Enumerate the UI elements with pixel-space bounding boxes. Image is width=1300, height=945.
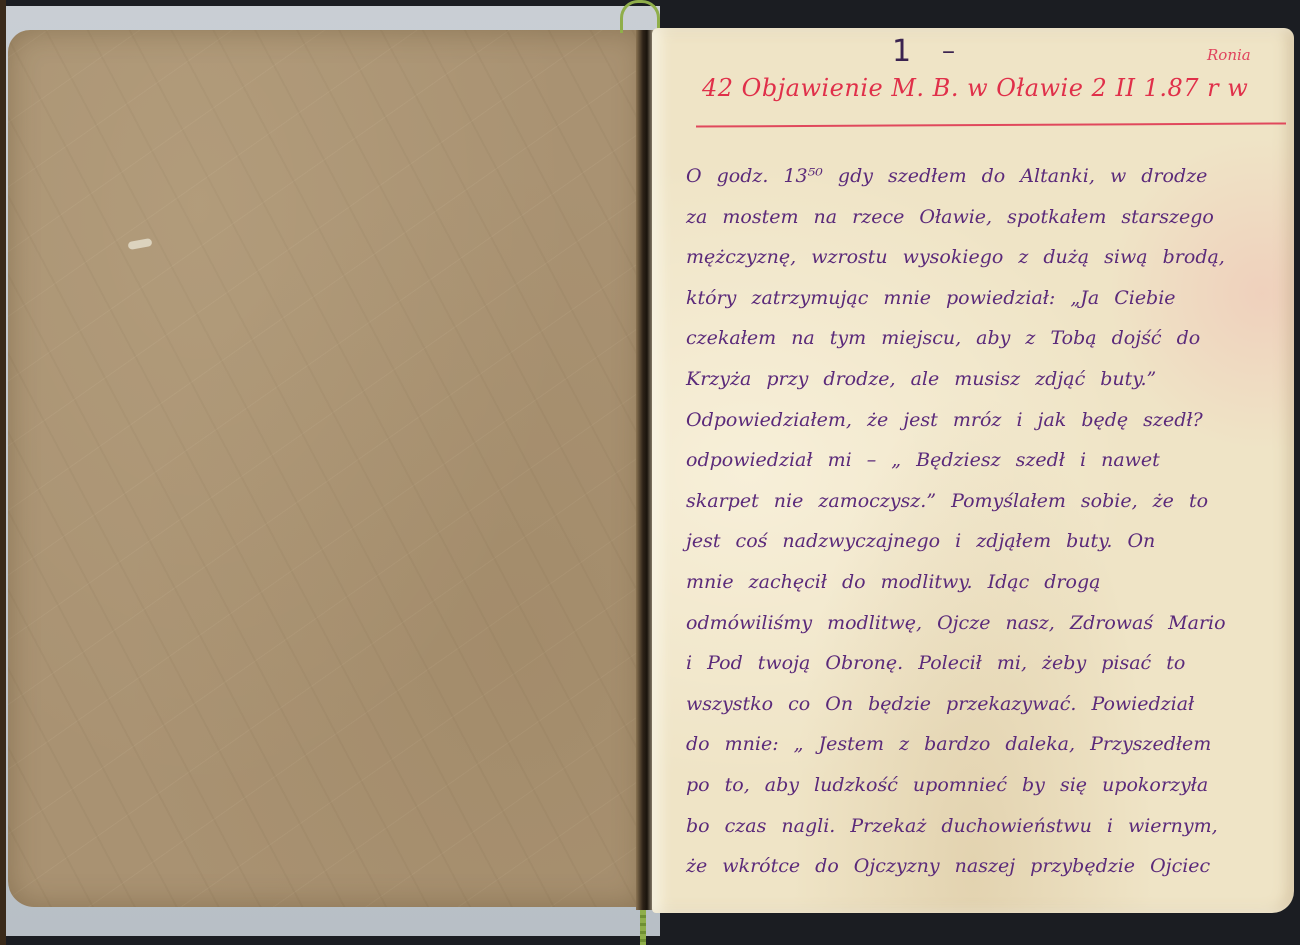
text-line: odpowiedział mi – „ Będziesz szedł i naw… [686,440,1286,481]
text-line: że wkrótce do Ojczyzny naszej przybędzie… [686,846,1286,887]
text-line: mężczyznę, wzrostu wysokiego z dużą siwą… [686,237,1286,278]
text-line: Krzyża przy drodze, ale musisz zdjąć but… [686,359,1286,400]
corner-note: Ronia [1207,46,1251,64]
text-line: po to, aby ludzkość upomnieć by się upok… [686,765,1286,806]
page-number-dash: – [942,36,955,66]
notebook-cover-left [8,30,644,907]
cover-paper-fleck [127,238,152,250]
text-line: mnie zachęcił do modlitwy. Idąc drogą [686,562,1286,603]
handwritten-text-body: O godz. 13⁵⁰ gdy szedłem do Altanki, w d… [686,156,1286,887]
page-number: 1 [892,34,911,69]
binding-thread-bottom [640,910,646,945]
text-line: bo czas nagli. Przekaż duchowieństwu i w… [686,806,1286,847]
text-line: który zatrzymując mnie powiedział: „Ja C… [686,278,1286,319]
notebook-page-right: 1 – Ronia 42 Objawienie M. B. w Oławie 2… [652,28,1294,913]
title-underline [696,122,1286,127]
scan-left-edge [0,0,6,945]
text-line: skarpet nie zamoczysz.” Pomyślałem sobie… [686,481,1286,522]
text-line: O godz. 13⁵⁰ gdy szedłem do Altanki, w d… [686,156,1286,197]
text-line: czekałem na tym miejscu, aby z Tobą dojś… [686,318,1286,359]
text-line: jest coś nadzwyczajnego i zdjąłem buty. … [686,521,1286,562]
text-line: Odpowiedziałem, że jest mróz i jak będę … [686,400,1286,441]
text-line: wszystko co On będzie przekazywać. Powie… [686,684,1286,725]
text-line: do mnie: „ Jestem z bardzo daleka, Przys… [686,724,1286,765]
page-title: 42 Objawienie M. B. w Oławie 2 II 1.87 r… [702,74,1282,102]
text-line: za mostem na rzece Oławie, spotkałem sta… [686,197,1286,238]
text-line: odmówiliśmy modlitwę, Ojcze nasz, Zdrowa… [686,603,1286,644]
text-line: i Pod twoją Obronę. Polecił mi, żeby pis… [686,643,1286,684]
